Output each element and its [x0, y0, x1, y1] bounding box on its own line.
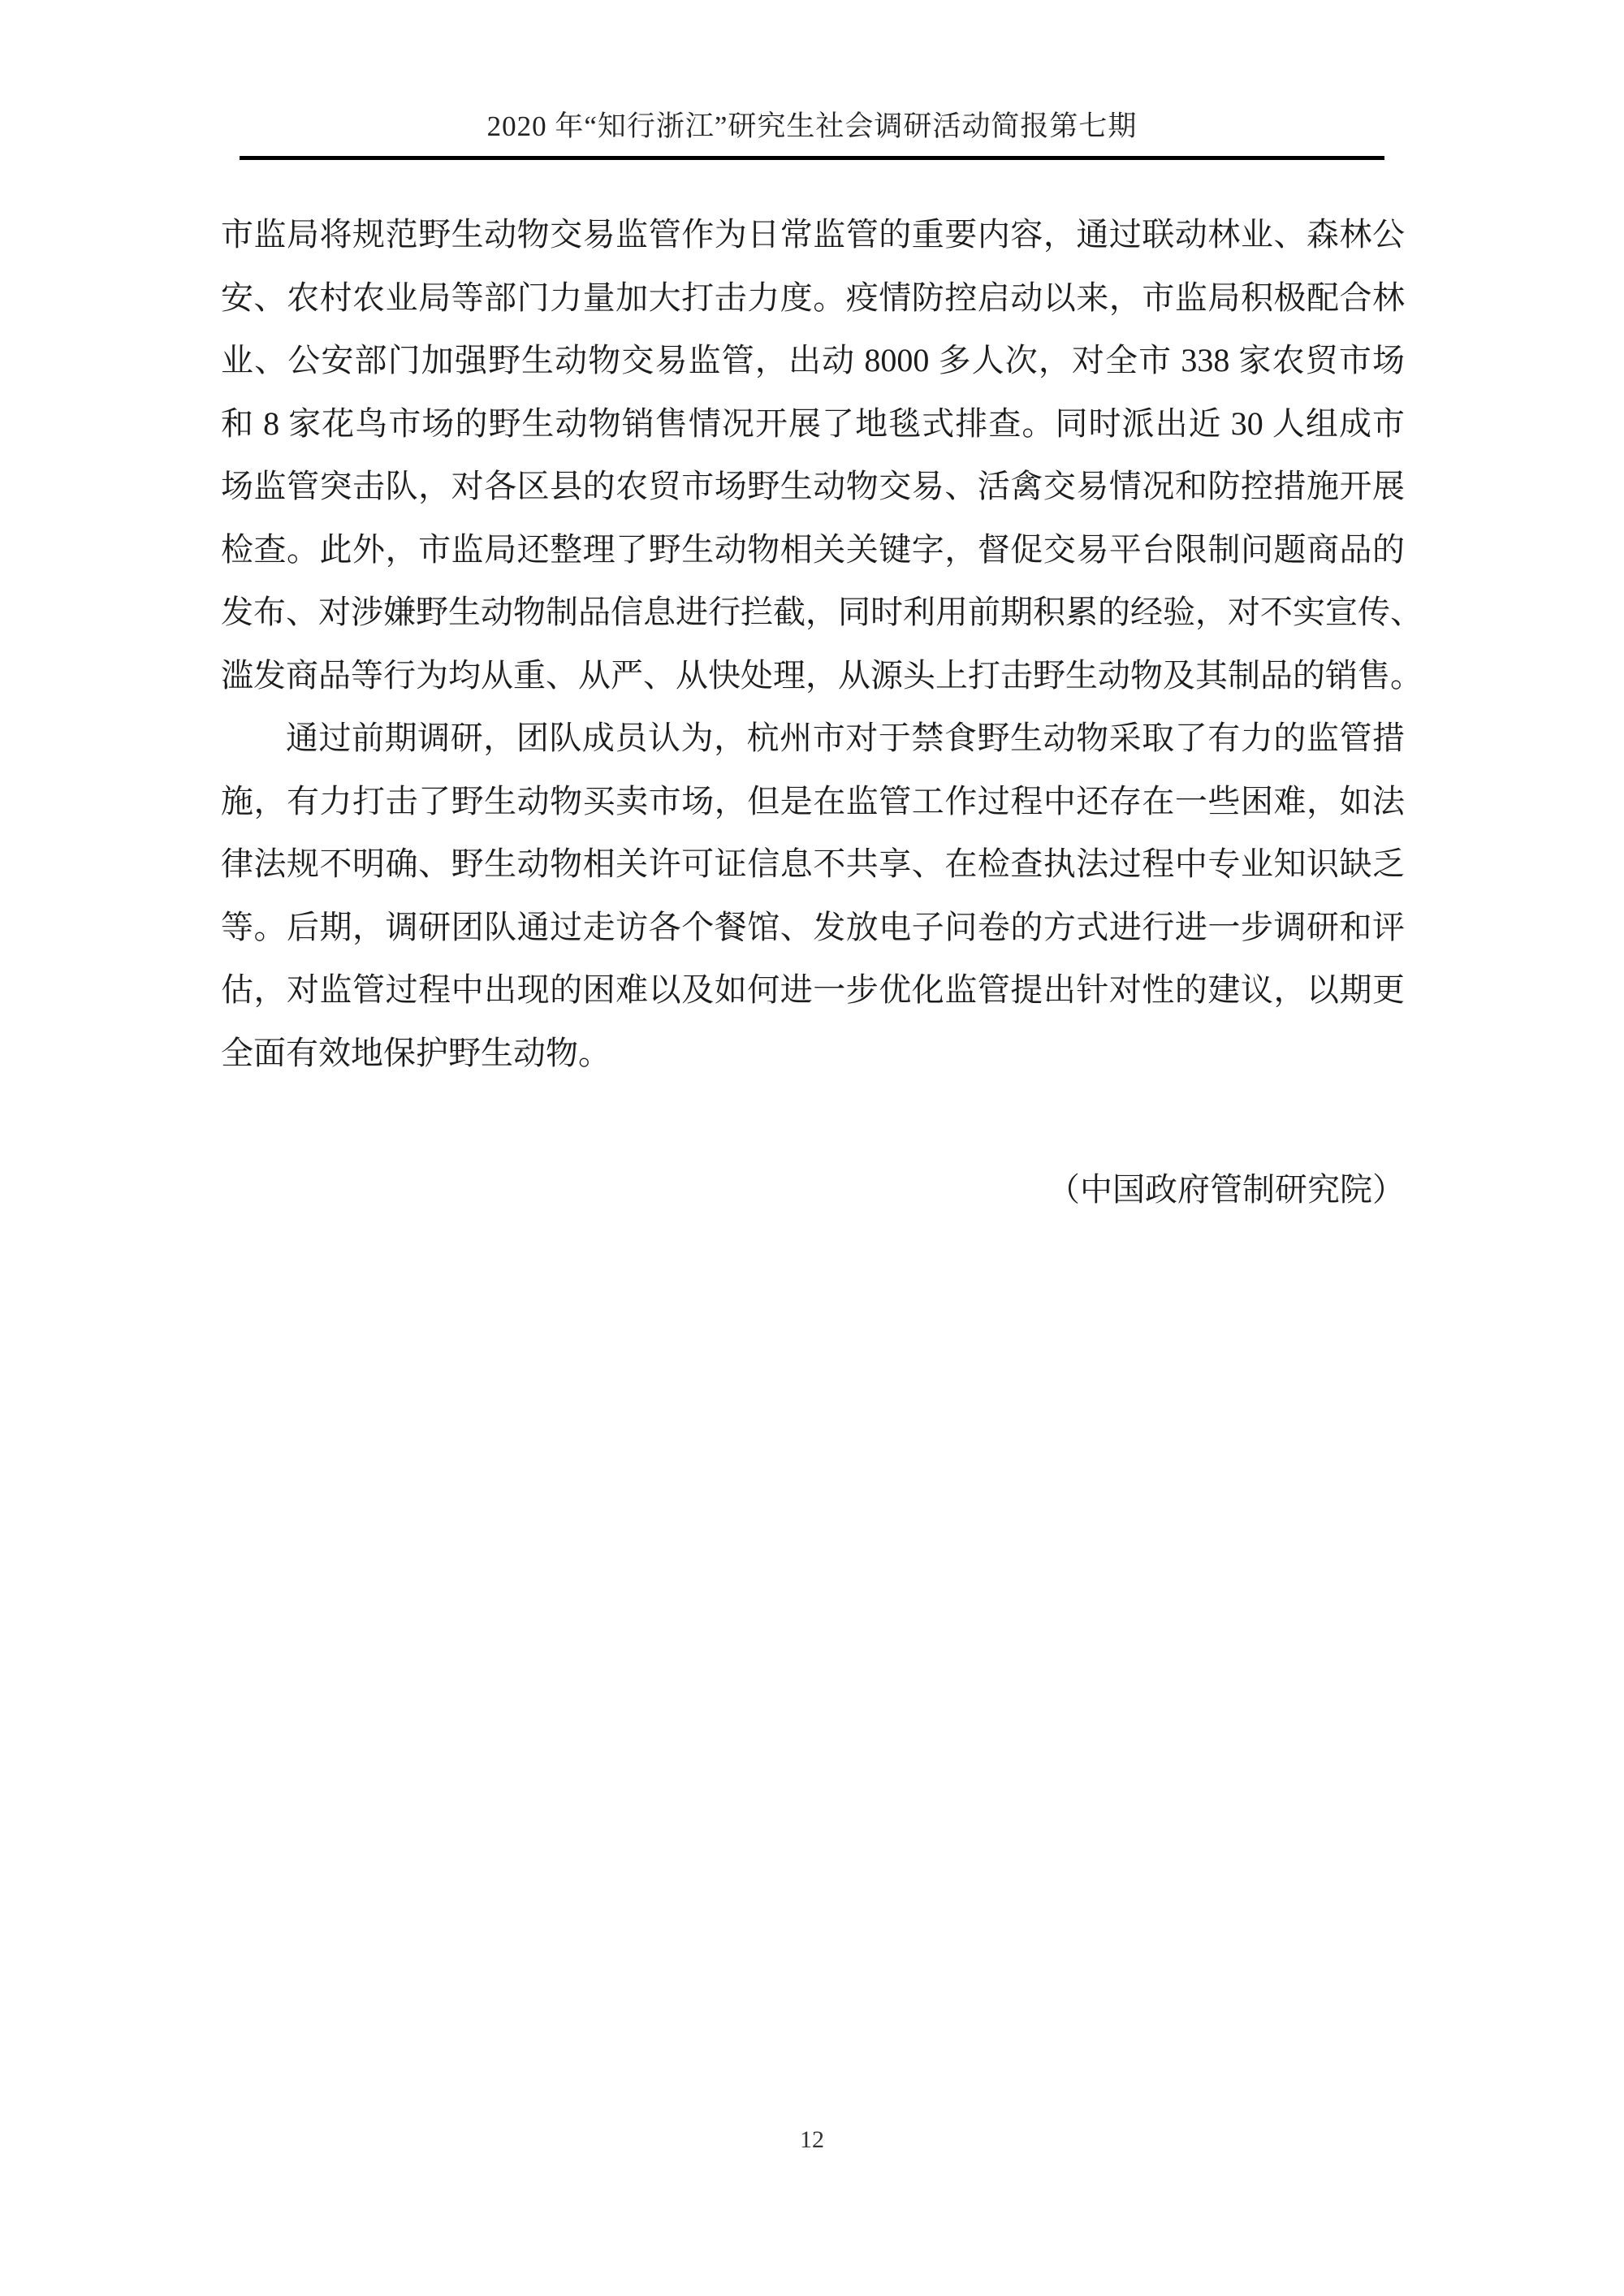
body-line: 发布、对涉嫌野生动物制品信息进行拦截，同时利用前期积累的经验，对不实宣传、 — [221, 581, 1405, 644]
body-line: 等。后期，调研团队通过走访各个餐馆、发放电子问卷的方式进行进一步调研和评 — [221, 896, 1405, 959]
document-body: 市监局将规范野生动物交易监管作为日常监管的重要内容，通过联动林业、森林公 安、农… — [221, 203, 1405, 1084]
body-line: 通过前期调研，团队成员认为，杭州市对于禁食野生动物采取了有力的监管措 — [221, 707, 1405, 770]
header-title: 2020 年“知行浙江”研究生社会调研活动简报第七期 — [0, 108, 1624, 145]
body-line: 市监局将规范野生动物交易监管作为日常监管的重要内容，通过联动林业、森林公 — [221, 203, 1405, 266]
body-line: 施，有力打击了野生动物买卖市场，但是在监管工作过程中还存在一些困难，如法 — [221, 770, 1405, 833]
body-line: 业、公安部门加强野生动物交易监管，出动 8000 多人次，对全市 338 家农贸… — [221, 329, 1405, 392]
body-line: 律法规不明确、野生动物相关许可证信息不共享、在检查执法过程中专业知识缺乏 — [221, 832, 1405, 896]
body-line: 滥发商品等行为均从重、从严、从快处理，从源头上打击野生动物及其制品的销售。 — [221, 644, 1405, 707]
body-line: 场监管突击队，对各区县的农贸市场野生动物交易、活禽交易情况和防控措施开展 — [221, 455, 1405, 518]
header-rule-divider — [240, 156, 1384, 160]
body-line: 检查。此外，市监局还整理了野生动物相关关键字，督促交易平台限制问题商品的 — [221, 518, 1405, 582]
body-line: 和 8 家花鸟市场的野生动物销售情况开展了地毯式排查。同时派出近 30 人组成市 — [221, 392, 1405, 456]
body-line: 估，对监管过程中出现的困难以及如何进一步优化监管提出针对性的建议，以期更 — [221, 958, 1405, 1022]
attribution-line: （中国政府管制研究院） — [1047, 1170, 1405, 1210]
body-line: 全面有效地保护野生动物。 — [221, 1022, 1405, 1085]
body-line: 安、农村农业局等部门力量加大打击力度。疫情防控启动以来，市监局积极配合林 — [221, 266, 1405, 330]
document-page: 2020 年“知行浙江”研究生社会调研活动简报第七期 市监局将规范野生动物交易监… — [0, 0, 1624, 2296]
page-number: 12 — [0, 2126, 1624, 2154]
